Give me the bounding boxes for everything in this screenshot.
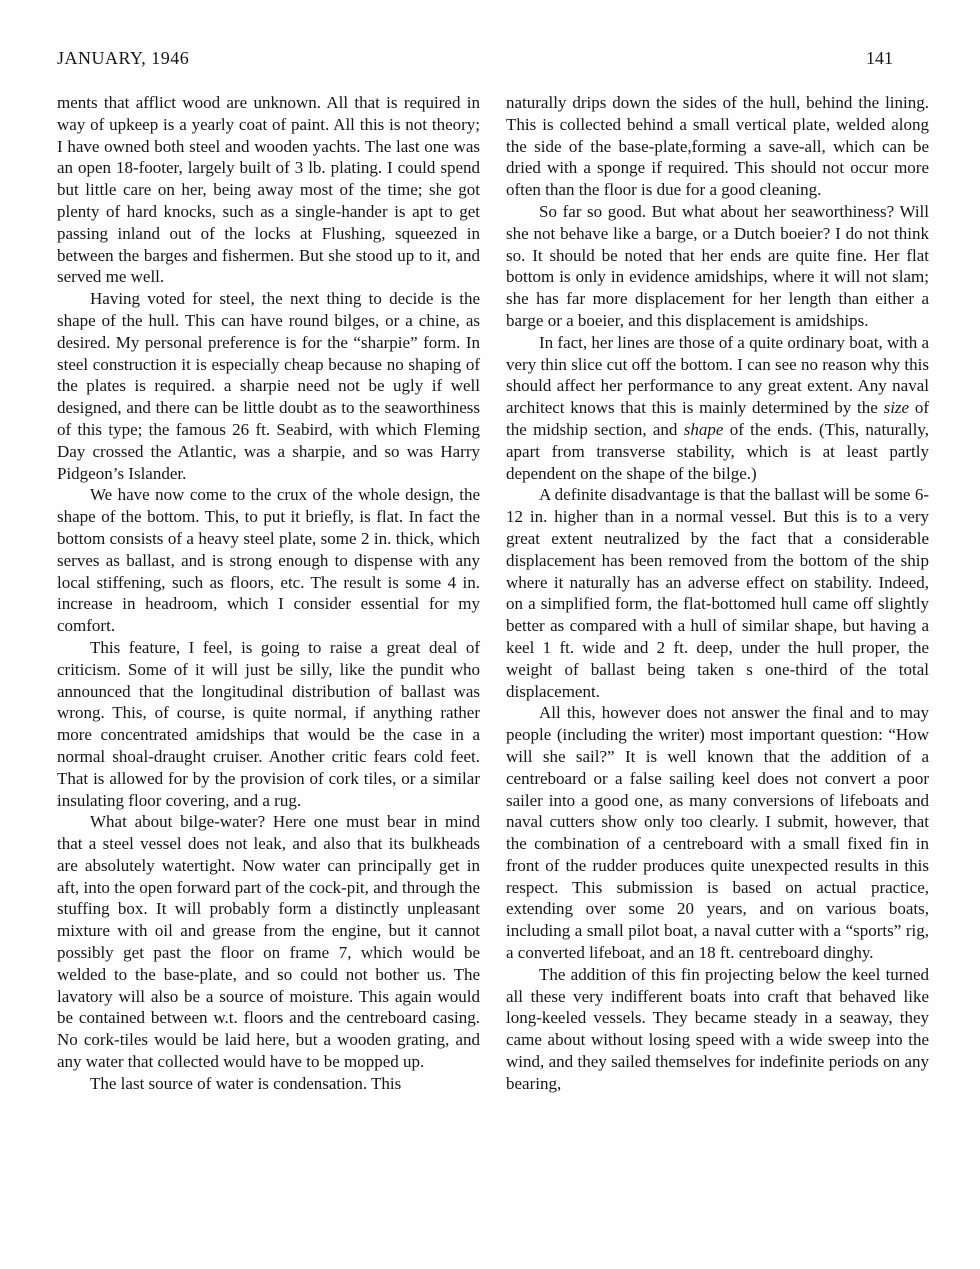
page-number: 141 [866, 48, 893, 69]
paragraph: So far so good. But what about her seawo… [506, 201, 929, 332]
paragraph: In fact, her lines are those of a quite … [506, 332, 929, 485]
text-run: Having voted for steel, the next thing t… [57, 289, 480, 482]
right-column: naturally drips down the sides of the hu… [506, 92, 929, 1095]
italic-text-run: size [884, 398, 910, 417]
text-run: So far so good. But what about her seawo… [506, 202, 929, 330]
paragraph: A definite disadvantage is that the ball… [506, 484, 929, 702]
paragraph: The last source of water is condensation… [57, 1073, 480, 1095]
text-run: All this, however does not answer the fi… [506, 703, 929, 962]
left-column: ments that afflict wood are unknown. All… [57, 92, 480, 1095]
paragraph: naturally drips down the sides of the hu… [506, 92, 929, 201]
italic-text-run: shape [684, 420, 724, 439]
paragraph: This feature, I feel, is going to raise … [57, 637, 480, 811]
paragraph: The addition of this fin projecting belo… [506, 964, 929, 1095]
text-columns: ments that afflict wood are unknown. All… [57, 92, 929, 1095]
text-run: naturally drips down the sides of the hu… [506, 93, 929, 199]
issue-date-label: JANUARY, 1946 [57, 48, 189, 69]
magazine-page: JANUARY, 1946 141 ments that afflict woo… [0, 0, 980, 1269]
text-run: In fact, her lines are those of a quite … [506, 333, 929, 417]
text-run: A definite disadvantage is that the ball… [506, 485, 929, 700]
text-run: ments that afflict wood are unknown. All… [57, 93, 480, 286]
text-run: The addition of this fin projecting belo… [506, 965, 929, 1093]
paragraph: All this, however does not answer the fi… [506, 702, 929, 964]
text-run: This feature, I feel, is going to raise … [57, 638, 480, 810]
paragraph: We have now come to the crux of the whol… [57, 484, 480, 637]
paragraph: ments that afflict wood are unknown. All… [57, 92, 480, 288]
paragraph: Having voted for steel, the next thing t… [57, 288, 480, 484]
page-header: JANUARY, 1946 141 [57, 48, 893, 69]
text-run: The last source of water is condensation… [90, 1074, 401, 1093]
text-run: We have now come to the crux of the whol… [57, 485, 480, 635]
paragraph: What about bilge-water? Here one must be… [57, 811, 480, 1073]
text-run: What about bilge-water? Here one must be… [57, 812, 480, 1071]
